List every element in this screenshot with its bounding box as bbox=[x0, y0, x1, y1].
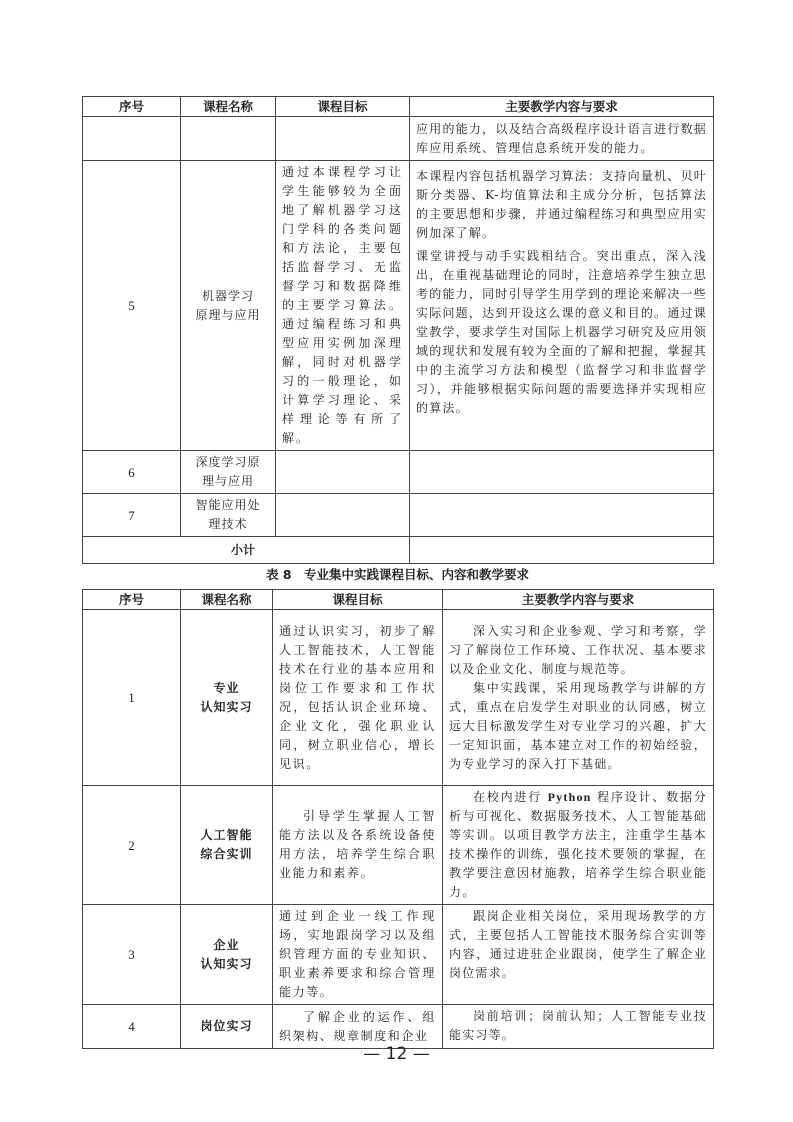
cell-no: 7 bbox=[83, 494, 181, 537]
cell-goal: 通过到企业一线工作现场，实地跟岗学习以及组织管理方面的专业知识、职业素养要求和综… bbox=[273, 905, 443, 1005]
cell-name: 智能应用处 理技术 bbox=[181, 494, 276, 537]
content-paragraph: 深入实习和企业参观、学习和考察，学习了解岗位工作环境、工作状况、基本要求以及企业… bbox=[449, 622, 707, 679]
table-row: 5 机器学习 原理与应用 通过本课程学习让学生能够较为全面地了解机器学习这门学科… bbox=[83, 161, 714, 451]
header-course-goal: 课程目标 bbox=[273, 590, 443, 610]
table-row: 3 企业 认知实习 通过到企业一线工作现场，实地跟岗学习以及组织管理方面的专业知… bbox=[83, 905, 714, 1005]
header-course-name: 课程名称 bbox=[181, 97, 276, 117]
course-name-line2: 原理与应用 bbox=[187, 306, 269, 325]
cell-goal: 通过本课程学习让学生能够较为全面地了解机器学习这门学科的各类问题和方法论，主要包… bbox=[276, 161, 410, 451]
table-row: 4 岗位实习 了解企业的运作、组织架构、规章制度和企业 岗前培训；岗前认知；人工… bbox=[83, 1005, 714, 1049]
header-no: 序号 bbox=[83, 590, 181, 610]
content-paragraph: 课堂讲授与动手实践相结合。突出重点，深入浅出，在重视基础理论的同时，注意培养学生… bbox=[416, 247, 707, 418]
subtotal-label: 小计 bbox=[83, 537, 410, 564]
course-name-line2: 理技术 bbox=[187, 515, 269, 534]
cell-content: 深入实习和企业参观、学习和考察，学习了解岗位工作环境、工作状况、基本要求以及企业… bbox=[443, 610, 714, 786]
subtotal-value bbox=[410, 537, 714, 564]
header-content-requirements: 主要教学内容与要求 bbox=[410, 97, 714, 117]
cell-no: 4 bbox=[83, 1005, 181, 1049]
cell-goal bbox=[276, 117, 410, 161]
cell-no: 3 bbox=[83, 905, 181, 1005]
cell-goal: 引导学生掌握人工智能方法以及各系统设备使用方法，培养学生综合职业能力和素养。 bbox=[273, 786, 443, 905]
cell-name: 企业 认知实习 bbox=[181, 905, 273, 1005]
course-name-line1: 企业 bbox=[187, 936, 266, 955]
cell-name: 机器学习 原理与应用 bbox=[181, 161, 276, 451]
course-name-line1: 机器学习 bbox=[187, 287, 269, 306]
course-table-continued: 序号 课程名称 课程目标 主要教学内容与要求 应用的能力，以及结合高级程序设计语… bbox=[82, 96, 714, 564]
cell-goal: 了解企业的运作、组织架构、规章制度和企业 bbox=[273, 1005, 443, 1049]
course-name-line1: 智能应用处 bbox=[187, 496, 269, 515]
cell-content: 在校内进行 Python 程序设计、数据分析与可视化、数据服务技术、人工智能基础… bbox=[443, 786, 714, 905]
table-row: 7 智能应用处 理技术 bbox=[83, 494, 714, 537]
cell-content bbox=[410, 494, 714, 537]
table-header-row: 序号 课程名称 课程目标 主要教学内容与要求 bbox=[83, 590, 714, 610]
table-row-continuation: 应用的能力，以及结合高级程序设计语言进行数据库应用系统、管理信息系统开发的能力。 bbox=[83, 117, 714, 161]
course-name-line1: 深度学习原 bbox=[187, 453, 269, 472]
cell-goal bbox=[276, 494, 410, 537]
cell-goal bbox=[276, 451, 410, 494]
cell-content bbox=[410, 451, 714, 494]
course-name-line2: 理与应用 bbox=[187, 472, 269, 491]
page-number: — 12 — bbox=[0, 1044, 793, 1064]
cell-no: 2 bbox=[83, 786, 181, 905]
table-row: 2 人工智能 综合实训 引导学生掌握人工智能方法以及各系统设备使用方法，培养学生… bbox=[83, 786, 714, 905]
cell-content: 本课程内容包括机器学习算法：支持向量机、贝叶斯分类器、K-均值算法和主成分分析，… bbox=[410, 161, 714, 451]
content-text: 在校内进行 bbox=[473, 790, 548, 804]
cell-content: 应用的能力，以及结合高级程序设计语言进行数据库应用系统、管理信息系统开发的能力。 bbox=[410, 117, 714, 161]
cell-name: 岗位实习 bbox=[181, 1005, 273, 1049]
content-keyword: Python bbox=[548, 790, 592, 804]
course-name-line2: 认知实习 bbox=[187, 955, 266, 974]
course-name-line1: 人工智能 bbox=[187, 826, 266, 845]
cell-no: 5 bbox=[83, 161, 181, 451]
header-content-requirements: 主要教学内容与要求 bbox=[443, 590, 714, 610]
cell-content: 跟岗企业相关岗位，采用现场教学的方式，主要包括人工智能技术服务综合实训等内容，通… bbox=[443, 905, 714, 1005]
cell-name: 人工智能 综合实训 bbox=[181, 786, 273, 905]
course-name-line2: 综合实训 bbox=[187, 845, 266, 864]
content-text: 程序设计、数据分析与可视化、数据服务技术、人工智能基础等实训。以项目教学方法主，… bbox=[449, 790, 707, 899]
cell-no bbox=[83, 117, 181, 161]
cell-no: 6 bbox=[83, 451, 181, 494]
cell-name bbox=[181, 117, 276, 161]
header-course-name: 课程名称 bbox=[181, 590, 273, 610]
cell-name: 深度学习原 理与应用 bbox=[181, 451, 276, 494]
course-name-line2: 认知实习 bbox=[187, 698, 266, 717]
header-no: 序号 bbox=[83, 97, 181, 117]
table-row: 1 专业 认知实习 通过认识实习，初步了解人工智能技术，人工智能技术在行业的基本… bbox=[83, 610, 714, 786]
subtotal-row: 小计 bbox=[83, 537, 714, 564]
content-paragraph: 集中实践课，采用现场教学与讲解的方式，重点在启发学生对职业的认同感，树立远大目标… bbox=[449, 679, 707, 774]
cell-goal: 通过认识实习，初步了解人工智能技术，人工智能技术在行业的基本应用和岗位工作要求和… bbox=[273, 610, 443, 786]
cell-name: 专业 认知实习 bbox=[181, 610, 273, 786]
practice-course-table: 序号 课程名称 课程目标 主要教学内容与要求 1 专业 认知实习 通过认识实习，… bbox=[82, 589, 714, 1049]
header-course-goal: 课程目标 bbox=[276, 97, 410, 117]
table-row: 6 深度学习原 理与应用 bbox=[83, 451, 714, 494]
table-header-row: 序号 课程名称 课程目标 主要教学内容与要求 bbox=[83, 97, 714, 117]
table-caption: 表 8 专业集中实践课程目标、内容和教学要求 bbox=[82, 565, 713, 583]
course-name-line1: 专业 bbox=[187, 679, 266, 698]
content-paragraph: 本课程内容包括机器学习算法：支持向量机、贝叶斯分类器、K-均值算法和主成分分析，… bbox=[416, 167, 707, 243]
cell-content: 岗前培训；岗前认知；人工智能专业技能实习等。 bbox=[443, 1005, 714, 1049]
cell-no: 1 bbox=[83, 610, 181, 786]
